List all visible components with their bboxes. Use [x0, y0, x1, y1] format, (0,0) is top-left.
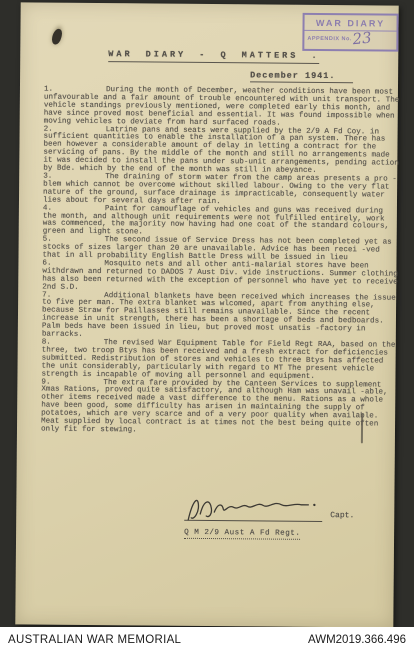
signature-block: Capt. Q M 2/9 Aust A Fd Regt. [184, 492, 374, 541]
signature-rank: Capt. [330, 511, 354, 520]
signature-scrawl [184, 492, 322, 525]
paragraph: 4.Paint for camouflage of vehicles and g… [43, 205, 399, 240]
stamp-appendix-label: APPENDIX No. [307, 36, 352, 42]
archive-reference: AWM2019.366.496 [308, 634, 406, 646]
document-paper: WAR DIARY APPENDIX No. 23 WAR DIARY - Q … [15, 2, 398, 627]
paragraph: 1.During the month of December, weather … [44, 87, 400, 130]
punch-hole [51, 28, 63, 46]
footer-bar: AUSTRALIAN WAR MEMORIAL AWM2019.366.496 [0, 627, 414, 653]
paragraph-text: The extra fare provided by the Canteen S… [41, 379, 388, 435]
paragraph: 9.The extra fare provided by the Canteen… [41, 379, 397, 437]
scanned-document-page: WAR DIARY APPENDIX No. 23 WAR DIARY - Q … [0, 0, 414, 653]
signature-unit: Q M 2/9 Aust A Fd Regt. [184, 529, 300, 540]
paragraph: 7.Additional blankets have been received… [42, 292, 398, 343]
war-diary-stamp: WAR DIARY APPENDIX No. 23 [302, 13, 398, 52]
document-body: 1.During the month of December, weather … [41, 87, 400, 438]
paragraph: 3.The draining of storm water from the c… [43, 174, 399, 209]
signature-line: Capt. [184, 492, 322, 522]
stamp-appendix-number: 23 [352, 28, 373, 48]
paragraph: 6.Mosquito nets and all other anti-malar… [42, 260, 398, 295]
stamp-appendix-row: APPENDIX No. 23 [304, 31, 396, 48]
paragraph: 5.The second issue of Service Dress has … [42, 237, 398, 264]
archive-name: AUSTRALIAN WAR MEMORIAL [8, 634, 181, 646]
paragraph-text: Latrine pans and seats were supplied by … [43, 126, 399, 175]
paragraph: 8.The revised War Equipment Table for Fi… [41, 340, 397, 383]
stamp-title: WAR DIARY [304, 15, 396, 32]
document-date: December 1941. [250, 70, 354, 83]
paragraph-text: Additional blankets have been received w… [42, 292, 396, 339]
paragraph: 2.Latrine pans and seats were supplied b… [43, 126, 399, 177]
document-title: WAR DIARY - Q MATTERS . [108, 49, 319, 64]
